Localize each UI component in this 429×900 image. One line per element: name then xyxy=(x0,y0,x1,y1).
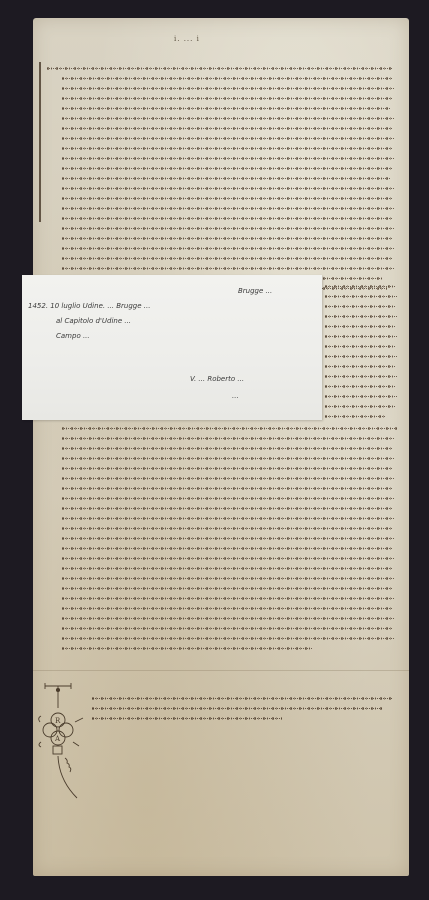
main-text-lower xyxy=(47,428,407,668)
parchment-sheet: i. ... i xyxy=(33,18,409,876)
note-line-3: Campo ... xyxy=(56,332,90,340)
svg-text:R: R xyxy=(55,717,61,725)
notary-sign-icon: R A xyxy=(37,680,87,800)
note-signature-1: V. ... Roberto ... xyxy=(190,375,244,383)
note-line-1: 1452. 10 luglio Udine. ... Brugge ... xyxy=(28,302,150,310)
main-text-right-column xyxy=(325,286,405,426)
note-line-2: al Capitolo d'Udine ... xyxy=(56,317,131,325)
main-text-upper xyxy=(47,68,407,278)
pasted-paper-note: Brugge ... 1452. 10 luglio Udine. ... Br… xyxy=(22,275,322,420)
fold-line xyxy=(33,670,409,671)
note-place: Brugge ... xyxy=(238,287,272,295)
note-signature-2: ... xyxy=(232,392,239,400)
svg-text:A: A xyxy=(54,735,61,743)
folio-mark: i. ... i xyxy=(174,35,200,43)
